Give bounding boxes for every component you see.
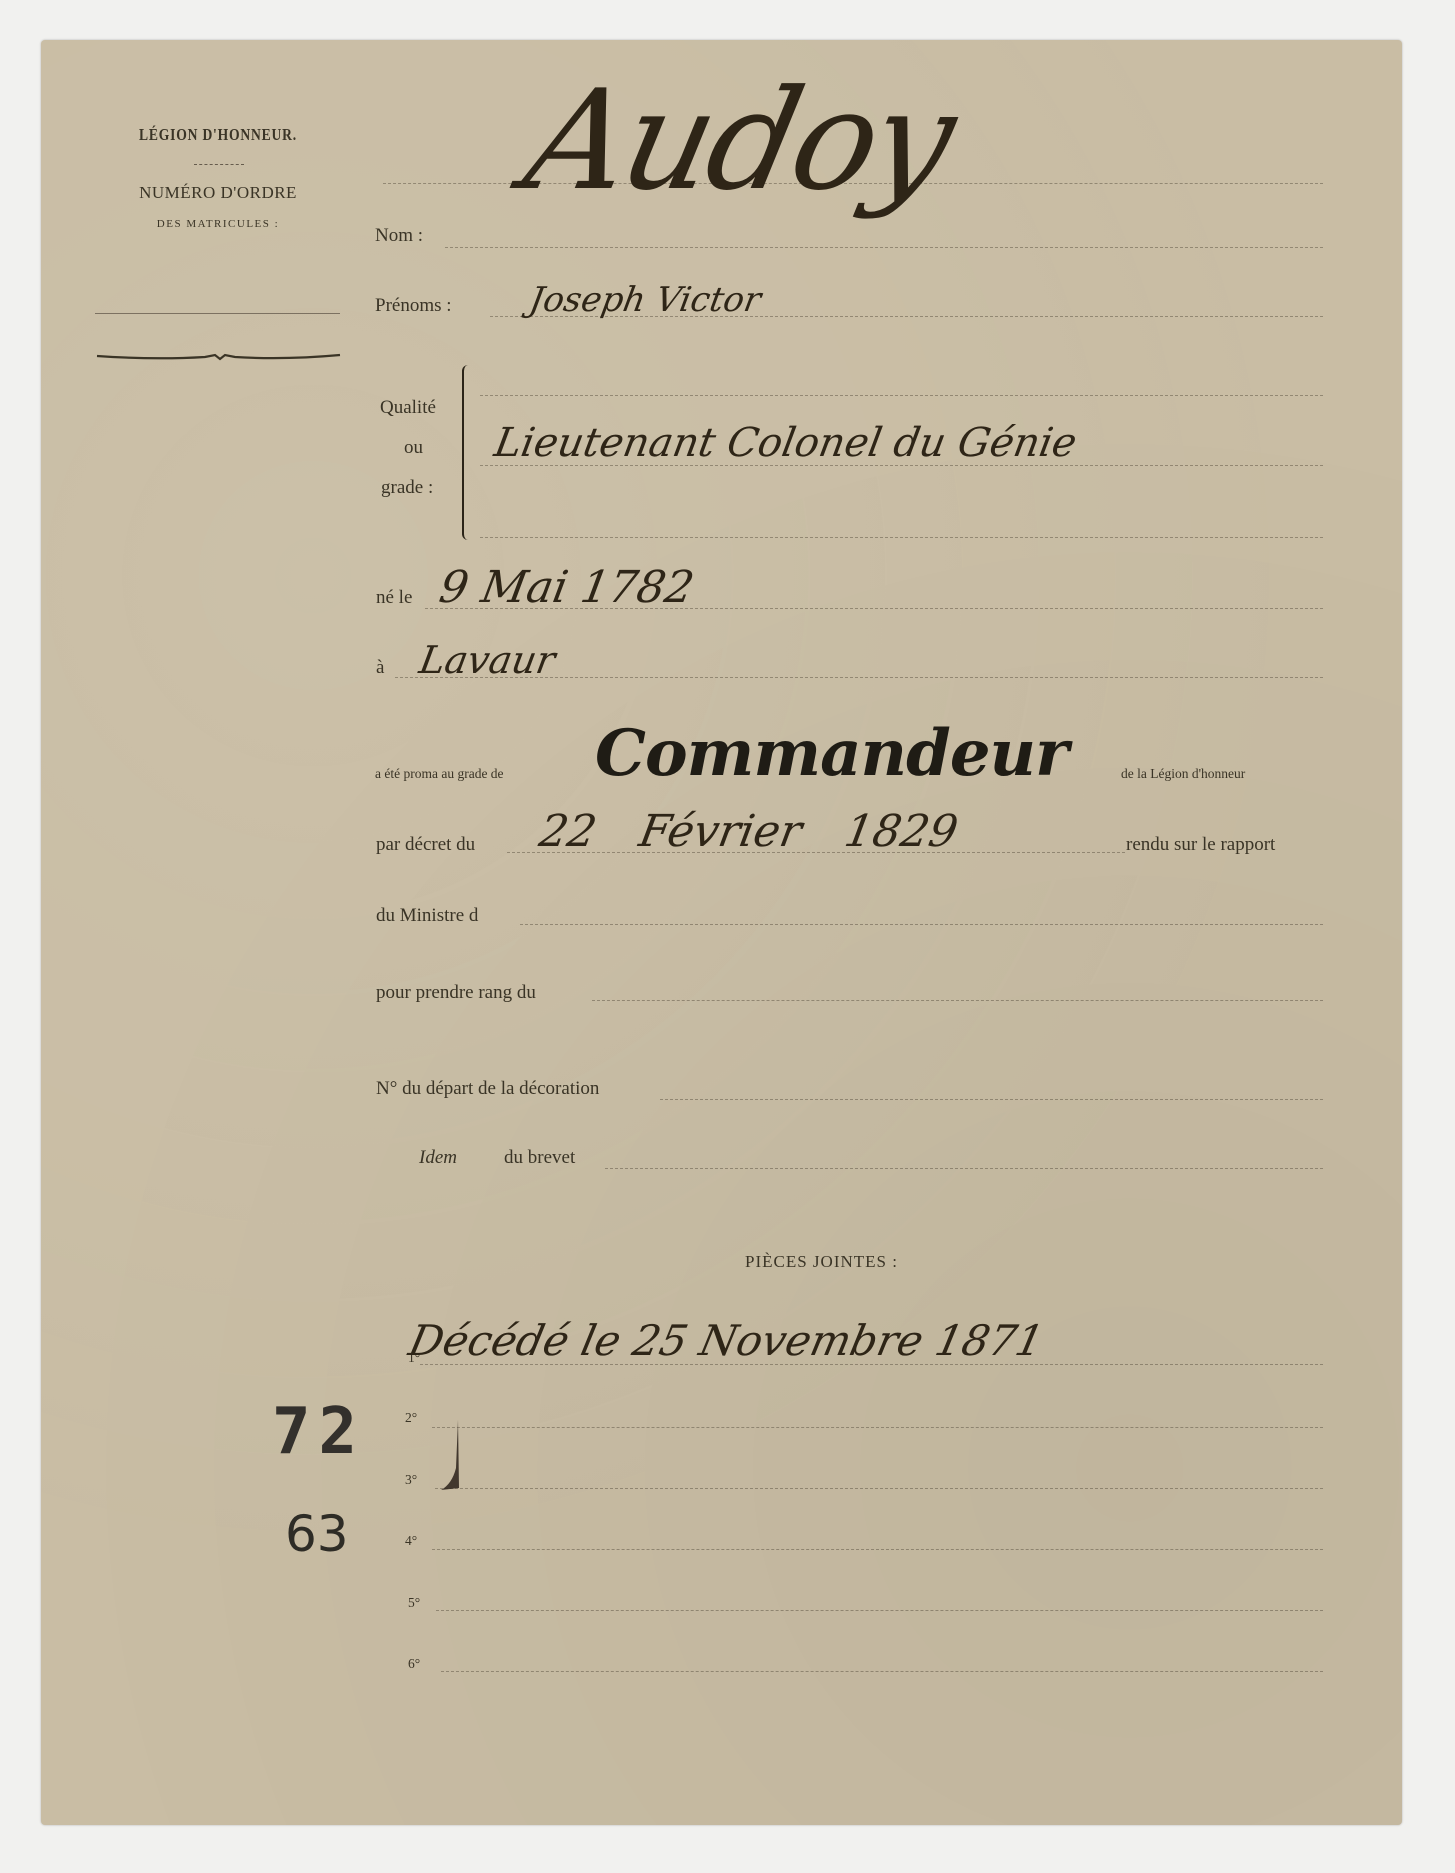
piece-num-2: 2° [405,1410,417,1426]
brevet-idem-label: Idem [419,1147,457,1169]
matricule-number-line [95,313,340,314]
grade-prefix: a été proma au grade de [375,766,504,782]
header-title: LÉGION D'HONNEUR. [138,125,298,145]
ou-label: ou [404,437,423,459]
piece-line-2[interactable] [432,1427,1323,1428]
brace-icon [462,365,474,540]
piece-line-3[interactable] [435,1488,1323,1489]
prenoms-value: Joseph Victor [526,280,763,320]
piece-line-6[interactable] [441,1671,1323,1672]
qualite-label: Qualité [380,397,436,419]
decret-label: par décret du [376,834,475,856]
piece-num-5: 5° [408,1595,420,1611]
stamp-number: 72 [272,1395,365,1469]
grade-suffix: de la Légion d'honneur [1121,766,1245,782]
nom-line [445,247,1323,248]
brevet-line[interactable] [605,1168,1323,1169]
header-subtitle-matricules: DES MATRICULES : [118,218,318,230]
handwritten-number: 63 [285,1505,349,1563]
decret-value: 22 Février 1829 [536,806,962,857]
grade-label: grade : [381,477,433,499]
piece-num-6: 6° [408,1656,420,1672]
ne-le-value: 9 Mai 1782 [436,562,698,613]
piece-value-1: Décédé le 25 Novembre 1871 [405,1316,1048,1365]
piece-num-3: 3° [405,1472,417,1488]
piece-num-4: 4° [405,1533,417,1549]
ink-mark-icon [438,1418,462,1494]
nom-label: Nom : [375,225,423,247]
header-subtitle-numero: NUMÉRO D'ORDRE [118,183,318,203]
qualite-line-3 [480,537,1323,538]
brevet-label: du brevet [504,1147,575,1169]
grade-value: Commandeur [595,716,1068,791]
ne-le-label: né le [376,587,412,609]
piece-line-5[interactable] [436,1610,1323,1611]
qualite-line-1 [480,395,1323,396]
pieces-jointes-title: PIÈCES JOINTES : [745,1252,898,1272]
ministre-label: du Ministre d [376,905,478,927]
nom-value: Audoy [515,72,962,210]
lieu-label: à [376,657,384,679]
decret-suffix: rendu sur le rapport [1126,834,1275,856]
header-divider [194,164,244,165]
rang-label: pour prendre rang du [376,982,536,1004]
prenoms-label: Prénoms : [375,295,452,317]
ministre-line[interactable] [520,924,1323,925]
rang-line[interactable] [592,1000,1323,1001]
depart-line[interactable] [660,1099,1323,1100]
ornamental-rule-icon [95,350,345,364]
lieu-value: Lavaur [416,638,558,682]
depart-label: N° du départ de la décoration [376,1078,599,1100]
piece-line-4[interactable] [432,1549,1323,1550]
qualite-value: Lieutenant Colonel du Génie [491,420,1080,466]
